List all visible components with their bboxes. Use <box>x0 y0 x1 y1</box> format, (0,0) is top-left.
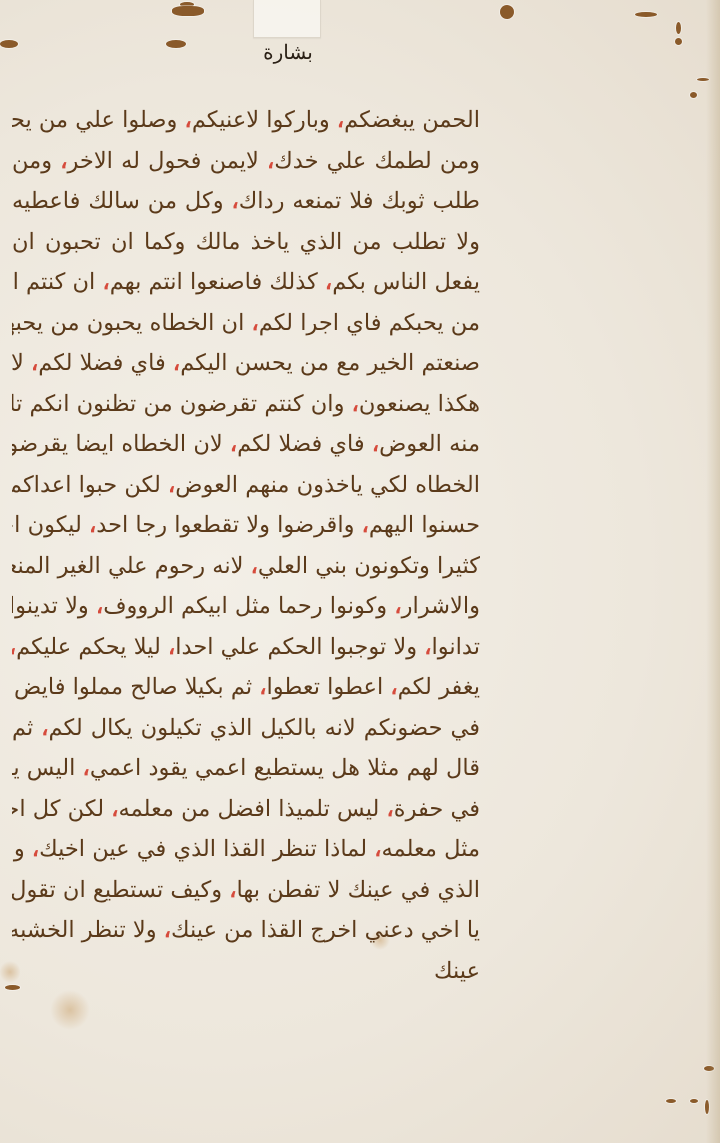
damage-hole <box>704 1066 714 1071</box>
text-line: ولا تطلب من الذي ياخذ مالك وكما ان تحبون… <box>12 222 480 263</box>
rubric-mark: ، <box>352 391 359 417</box>
rubric-mark: ، <box>185 107 192 133</box>
text-line: قال لهم مثلا هل يستطيع اعمي يقود اعمي، ا… <box>12 748 480 789</box>
damage-hole <box>635 12 657 17</box>
rubric-mark: ، <box>83 755 90 781</box>
damage-hole <box>0 40 18 48</box>
text-line: الخطاه لكي ياخذون منهم العوض، لكن حبوا ا… <box>12 465 480 506</box>
rubric-mark: ، <box>12 634 16 660</box>
text-line: حسنوا اليهم، واقرضوا ولا تقطعوا رجا احد،… <box>12 505 480 546</box>
text-line: منه العوض، فاي فضلا لكم، لان الخطاه ايضا… <box>12 424 480 465</box>
text-line: يفعل الناس بكم، كذلك فاصنعوا انتم بهم، ا… <box>12 262 480 303</box>
text-line: يا اخي دعني اخرج القذا من عينك، ولا تنظر… <box>12 910 480 951</box>
rubric-mark: ، <box>362 512 369 538</box>
damage-hole <box>500 5 514 19</box>
rubric-mark: ، <box>89 512 96 538</box>
manuscript-page: بشارة الحمن يبغضكم، وباركوا لاعنيكم، وصل… <box>0 0 720 1143</box>
rubric-mark: ، <box>390 674 397 700</box>
rubric-mark: ، <box>168 472 175 498</box>
damage-hole <box>690 92 697 98</box>
rubric-mark: ، <box>60 148 67 174</box>
rubric-mark: ، <box>387 796 394 822</box>
damage-hole <box>676 22 681 34</box>
manuscript-text-block: الحمن يبغضكم، وباركوا لاعنيكم، وصلوا علي… <box>12 100 480 991</box>
rubric-mark: ، <box>31 350 38 376</box>
text-line: والاشرار، وكونوا رحما مثل ابيكم الرووف، … <box>12 586 480 627</box>
rubric-mark: ، <box>41 715 48 741</box>
damage-hole <box>697 78 709 81</box>
water-stain <box>50 990 90 1030</box>
text-line: هكذا يصنعون، وان كنتم تقرضون من تظنون ان… <box>12 384 480 425</box>
rubric-mark: ، <box>424 634 431 660</box>
text-line: الحمن يبغضكم، وباركوا لاعنيكم، وصلوا علي… <box>12 100 480 141</box>
tape-strip <box>253 0 321 38</box>
damage-hole <box>705 1100 709 1114</box>
text-line: ومن لطمك علي خدك، لايمن فحول له الاخر، و… <box>12 141 480 182</box>
text-line: طلب ثوبك فلا تمنعه رداك، وكل من سالك فاع… <box>12 181 480 222</box>
rubric-mark: ، <box>259 674 266 700</box>
rubric-mark: ، <box>325 269 332 295</box>
damage-hole <box>666 1099 676 1103</box>
rubric-mark: ، <box>102 269 109 295</box>
text-line: يغفر لكم، اعطوا تعطوا، ثم بكيلا صالح ممل… <box>12 667 480 708</box>
damage-hole <box>690 1099 698 1103</box>
text-line: تدانوا، ولا توجبوا الحكم علي احدا، ليلا … <box>12 627 480 668</box>
damage-hole <box>172 6 204 16</box>
rubric-mark: ، <box>251 553 258 579</box>
rubric-mark: ، <box>164 917 171 943</box>
damage-hole <box>166 40 186 48</box>
rubric-mark: ، <box>251 310 258 336</box>
text-line-catchword: عينك <box>12 951 480 992</box>
text-line: مثل معلمه، لماذا تنظر القذا الذي في عين … <box>12 829 480 870</box>
rubric-mark: ، <box>229 877 236 903</box>
text-line: في حضونكم لانه بالكيل الذي تكيلون يكال ل… <box>12 708 480 749</box>
rubric-mark: ، <box>168 634 175 660</box>
rubric-mark: ، <box>96 593 103 619</box>
damage-hole <box>675 38 682 45</box>
rubric-mark: ، <box>173 350 180 376</box>
rubric-mark: ، <box>372 431 379 457</box>
text-line: كثيرا وتكونون بني العلي، لانه رحوم علي ا… <box>12 546 480 587</box>
text-line: صنعتم الخير مع من يحسن اليكم، فاي فضلا ل… <box>12 343 480 384</box>
rubric-mark: ، <box>32 836 39 862</box>
text-line: من يحبكم فاي اجرا لكم، ان الخطاه يحبون م… <box>12 303 480 344</box>
rubric-mark: ، <box>230 431 237 457</box>
rubric-mark: ، <box>267 148 274 174</box>
page-header-title: بشارة <box>258 40 318 64</box>
rubric-mark: ، <box>111 796 118 822</box>
text-line: الذي في عينك لا تفطن بها، وكيف تستطيع ان… <box>12 870 480 911</box>
rubric-mark: ، <box>394 593 401 619</box>
text-line: في حفرة، ليس تلميذا افضل من معلمه، لكن ك… <box>12 789 480 830</box>
rubric-mark: ، <box>231 188 238 214</box>
rubric-mark: ، <box>337 107 344 133</box>
rubric-mark: ، <box>374 836 381 862</box>
